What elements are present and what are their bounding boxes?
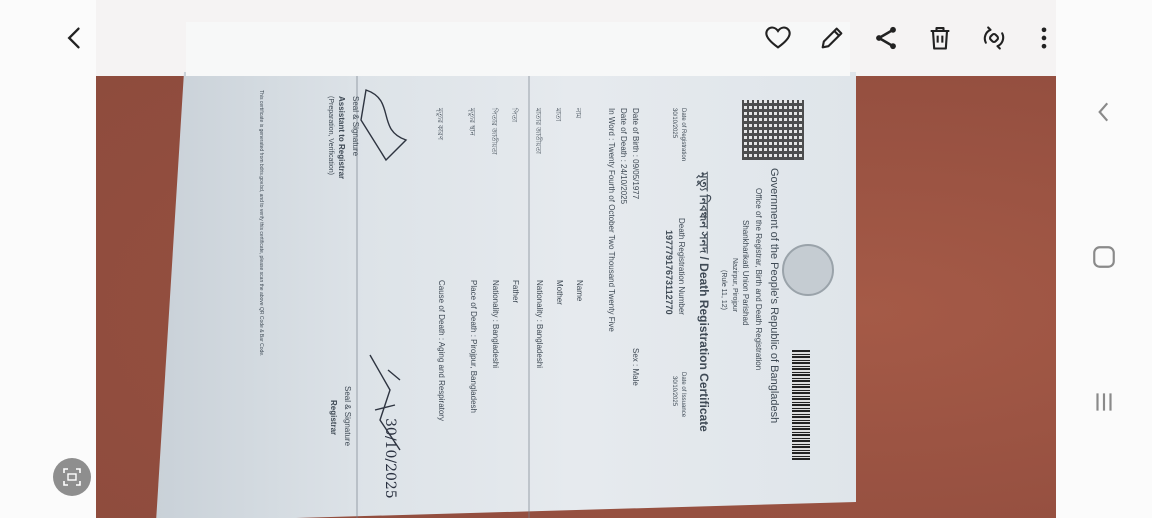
reg-date-label: Date of Registration [680, 108, 686, 161]
nav-home-button[interactable] [1084, 237, 1124, 277]
date-of-death: Date of Death : 24/10/2025 [619, 108, 628, 204]
scan-image-icon [60, 465, 84, 489]
assistant-to-registrar: Assistant to Registrar [337, 96, 346, 179]
name-label: Name [575, 280, 584, 301]
rule: (Rule 11, 12) [720, 270, 727, 310]
mother-label-bn: মাতা [552, 108, 564, 121]
signature-left [356, 80, 416, 170]
govt-title: Government of the People's Republic of B… [768, 168, 780, 423]
back-button[interactable] [55, 18, 95, 58]
father-nationality: Nationality : Bangladeshi [491, 280, 500, 368]
name-label-bn: নাম [572, 108, 584, 118]
date-in-word: In Word : Twenty Fourth of October Two T… [607, 108, 616, 332]
assistant-subtitle: (Preparation, Verification) [327, 96, 334, 175]
place-label-bn: মৃত্যুর স্থান [466, 108, 478, 136]
office-name: Office of the Registrar, Birth and Death… [754, 188, 763, 370]
bixby-vision-button[interactable] [53, 458, 91, 496]
mother-nationality-label-bn: মাতার জাতীয়তা [532, 108, 544, 154]
registrar: Registrar [329, 400, 338, 435]
remaster-button[interactable] [974, 18, 1014, 58]
cause-label-bn: মৃত্যুর কারণ [434, 108, 446, 140]
signature-right [360, 350, 410, 470]
edit-button[interactable] [812, 18, 852, 58]
date-of-birth: Date of Birth : 09/05/1977 [631, 108, 640, 199]
union-name: Shankharikati Union Parishad [741, 220, 750, 325]
government-seal [782, 244, 834, 296]
reg-number: 19777917673112770 [664, 230, 674, 315]
seal-signature-right: Seal & Signature [343, 386, 352, 446]
nav-back-icon [1091, 99, 1117, 125]
father-label: Father [511, 280, 520, 303]
system-navigation-bar [1056, 0, 1152, 518]
father-label-bn: পিতা [508, 108, 520, 122]
share-button[interactable] [866, 18, 906, 58]
location: Nazirpur, Pirojpur [731, 258, 738, 312]
reg-date: 30/10/2025 [671, 108, 677, 138]
nav-back-button[interactable] [1084, 92, 1124, 132]
certificate-title: মৃত্যু নিবন্ধন সনদ / Death Registration … [692, 172, 712, 432]
cause-of-death: Cause of Death : Aging and Respiratory [437, 280, 446, 421]
heart-icon [764, 24, 792, 52]
home-icon [1091, 244, 1117, 270]
photo[interactable] [96, 0, 1056, 518]
share-icon [872, 24, 900, 52]
mother-label: Mother [555, 280, 564, 305]
sex: Sex : Male [631, 348, 640, 386]
edit-icon [818, 24, 846, 52]
father-nationality-label-bn: পিতার জাতীয়তা [488, 108, 500, 155]
recents-icon [1091, 389, 1117, 415]
paper-fold [528, 76, 530, 518]
remaster-icon [980, 24, 1008, 52]
place-of-death: Place of Death : Pirojpur, Bangladesh [469, 280, 478, 413]
top-toolbar [0, 0, 1056, 76]
qr-code [742, 100, 804, 160]
mother-nationality: Nationality : Bangladeshi [535, 280, 544, 368]
nav-recents-button[interactable] [1084, 382, 1124, 422]
image-viewer[interactable]: Government of the People's Republic of B… [0, 0, 1056, 518]
delete-button[interactable] [920, 18, 960, 58]
favorite-button[interactable] [758, 18, 798, 58]
certificate-footer: This certificate is generated from bdris… [258, 90, 264, 356]
barcode [792, 350, 810, 460]
reg-number-label: Death Registration Number [677, 218, 686, 315]
issue-date-label: Date of Issuance [680, 372, 686, 417]
issue-date: 30/10/2025 [671, 376, 677, 406]
delete-icon [926, 24, 954, 52]
more-icon [1030, 24, 1058, 52]
back-icon [61, 24, 89, 52]
